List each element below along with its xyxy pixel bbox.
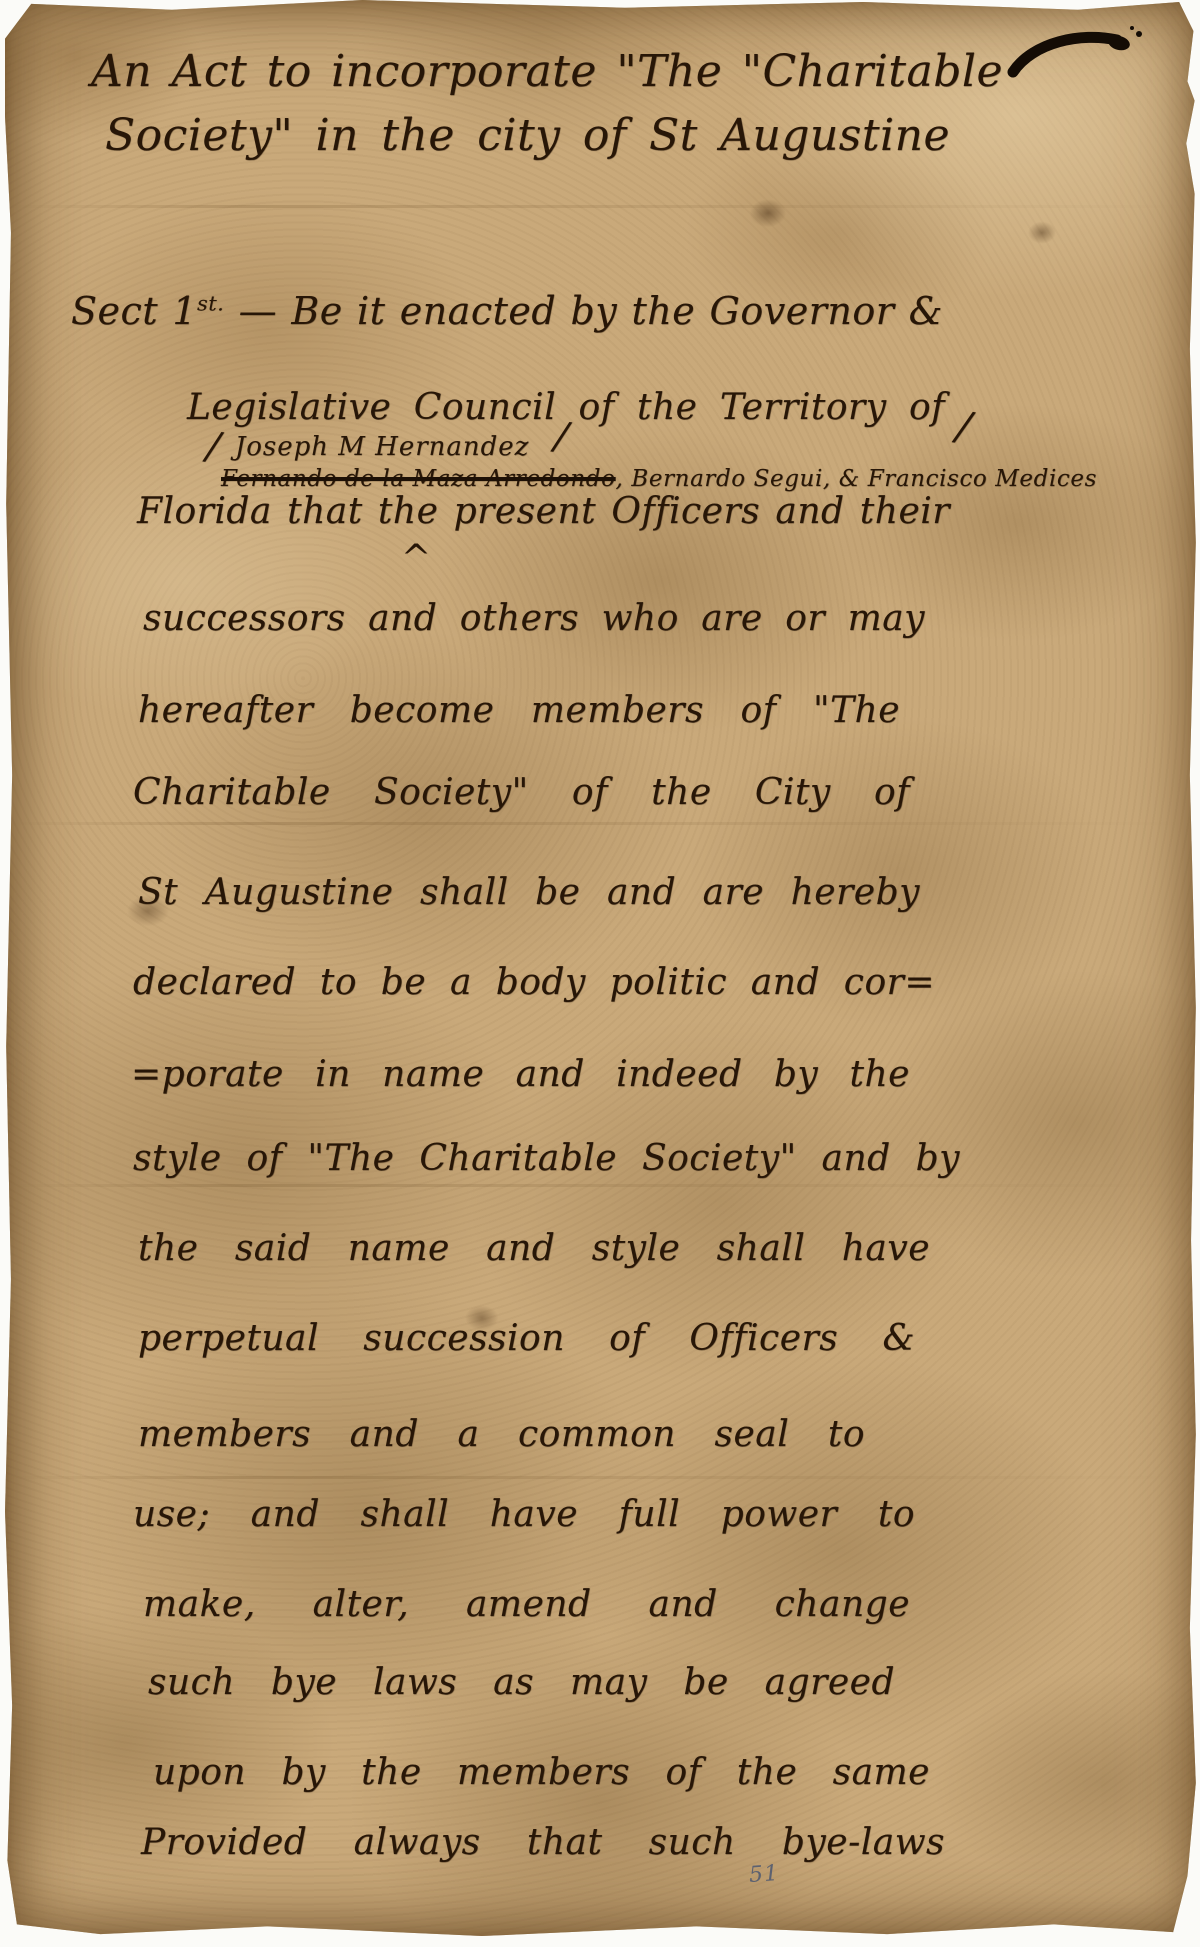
inserted-name: Joseph M Hernandez — [235, 432, 530, 462]
body-line: Charitable Society" of the City of — [133, 770, 910, 815]
body-line: declared to be a body politic and cor= — [133, 960, 935, 1005]
section-number: Sect 1 — [71, 289, 197, 333]
insertion-caret-slash-left: / — [205, 423, 223, 468]
ink-flourish — [1007, 24, 1157, 82]
title-line-2: Society" in the city of St Augustine — [105, 108, 950, 163]
body-line: hereafter become members of "The — [138, 688, 900, 733]
interlinear-insertion: /Joseph M Hernandez/ Fernando de la Maza… — [151, 420, 1091, 492]
section-ordinal: st. — [197, 291, 224, 315]
body-line: style of "The Charitable Society" and by — [133, 1136, 960, 1181]
body-line: Provided always that such bye-laws — [141, 1820, 945, 1865]
section-heading: Sect 1st. — Be it enacted by the Governo… — [71, 288, 943, 336]
body-line: successors and others who are or may — [143, 596, 925, 641]
insertion-caret-mark: ^ — [401, 538, 431, 579]
body-line: St Augustine shall be and are hereby — [138, 870, 920, 915]
insertion-caret-slash-right: / — [553, 413, 571, 458]
body-line: use; and shall have full power to — [133, 1492, 915, 1537]
pencil-page-number: 51 — [748, 1861, 780, 1888]
scan-background: An Act to incorporate "The "Charitable S… — [0, 0, 1200, 1947]
crease-line — [5, 822, 1197, 825]
title-line-1: An Act to incorporate "The "Charitable — [91, 44, 1003, 99]
body-line: members and a common seal to — [138, 1412, 865, 1457]
body-line: make, alter, amend and change — [143, 1582, 910, 1627]
body-line: the said name and style shall have — [138, 1226, 930, 1271]
body-line: Florida that the present Officers and th… — [137, 489, 950, 534]
insertion-name-row: /Joseph M Hernandez/ — [151, 420, 1091, 464]
section-enacting-clause: — Be it enacted by the Governor & — [224, 289, 943, 333]
body-line: =porate in name and indeed by the — [131, 1052, 910, 1097]
crease-line — [5, 205, 1197, 208]
body-line: upon by the members of the same — [153, 1750, 930, 1795]
manuscript-page: An Act to incorporate "The "Charitable S… — [5, 0, 1197, 1938]
body-line: perpetual succession of Officers & — [138, 1316, 915, 1361]
body-line: such bye laws as may be agreed — [148, 1660, 895, 1705]
crease-line — [5, 1476, 1197, 1479]
crease-line — [5, 1184, 1197, 1187]
